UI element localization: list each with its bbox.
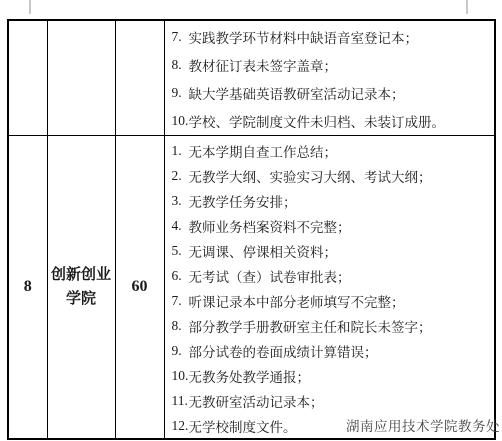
item-text: 学校、学院制度文件未归档、未装订成册。	[189, 111, 446, 131]
item-text: 无教研室活动记录本；	[189, 391, 324, 411]
page-margin-mark-left	[29, 0, 31, 14]
item-text: 无教务处教学通报；	[189, 366, 311, 386]
item-text: 教师业务档案资料不完整；	[189, 216, 351, 236]
item-number: 4.	[172, 218, 189, 234]
score-cell: 60	[115, 136, 164, 440]
item-number: 5.	[172, 243, 189, 259]
item-text: 无本学期自查工作总结；	[189, 141, 338, 161]
item-number: 2.	[172, 168, 189, 184]
item-text: 无调课、停课相关资料；	[189, 241, 338, 261]
item-number: 3.	[172, 193, 189, 209]
college-name-line1: 创新创业	[48, 263, 115, 287]
item-number: 9.	[172, 85, 189, 101]
item-text: 无学校制度文件。	[189, 416, 297, 436]
item-number: 10.	[172, 113, 189, 129]
seq-cell	[8, 20, 47, 136]
item-text: 部分教学手册教研室主任和院长未签字；	[189, 316, 432, 336]
list-item: 8. 部分教学手册教研室主任和院长未签字；	[172, 313, 491, 338]
item-text: 无教学大纲、实验实习大纲、考试大纲；	[189, 166, 432, 186]
list-item: 4. 教师业务档案资料不完整；	[172, 213, 491, 238]
list-item: 9. 部分试卷的卷面成绩计算错误；	[172, 338, 491, 363]
item-number: 1.	[172, 143, 189, 159]
list-item: 7. 听课记录本中部分老师填写不完整；	[172, 288, 491, 313]
item-text: 缺大学基础英语教研室活动记录本；	[189, 83, 405, 103]
list-item: 9. 缺大学基础英语教研室活动记录本；	[172, 79, 491, 107]
list-item: 6. 无考试（查）试卷审批表；	[172, 263, 491, 288]
item-number: 11.	[172, 393, 189, 409]
college-cell: 创新创业 学院	[47, 136, 115, 440]
list-item: 3. 无教学任务安排；	[172, 188, 491, 213]
item-text: 听课记录本中部分老师填写不完整；	[189, 291, 405, 311]
item-text: 教材征订表未签字盖章；	[189, 55, 338, 75]
watermark-text: 湖南应用技术学院教务处	[346, 415, 500, 435]
list-item: 7. 实践教学环节材料中缺语音室登记本；	[172, 23, 491, 51]
item-number: 10.	[172, 368, 189, 384]
college-cell	[47, 20, 115, 136]
item-number: 9.	[172, 343, 189, 359]
list-item: 2. 无教学大纲、实验实习大纲、考试大纲；	[172, 163, 491, 188]
item-number: 7.	[172, 29, 189, 45]
page-margin-mark-right	[466, 0, 468, 14]
list-item: 1. 无本学期自查工作总结；	[172, 138, 491, 163]
item-text: 部分试卷的卷面成绩计算错误；	[189, 341, 378, 361]
list-item: 11. 无教研室活动记录本；	[172, 388, 491, 413]
list-item: 10. 学校、学院制度文件未归档、未装订成册。	[172, 107, 491, 135]
item-number: 12.	[172, 418, 189, 434]
seq-cell: 8	[8, 136, 47, 440]
item-number: 6.	[172, 268, 189, 284]
issues-list: 7. 实践教学环节材料中缺语音室登记本； 8. 教材征订表未签字盖章； 9. 缺…	[165, 21, 495, 135]
item-text: 实践教学环节材料中缺语音室登记本；	[189, 27, 419, 47]
college-name-line2: 学院	[48, 287, 115, 311]
issues-cell: 7. 实践教学环节材料中缺语音室登记本； 8. 教材征订表未签字盖章； 9. 缺…	[164, 20, 495, 136]
item-text: 无教学任务安排；	[189, 191, 297, 211]
issues-cell: 1. 无本学期自查工作总结； 2. 无教学大纲、实验实习大纲、考试大纲； 3. …	[164, 136, 495, 440]
score-cell	[115, 20, 164, 136]
item-number: 7.	[172, 293, 189, 309]
list-item: 10. 无教务处教学通报；	[172, 363, 491, 388]
list-item: 5. 无调课、停课相关资料；	[172, 238, 491, 263]
item-number: 8.	[172, 57, 189, 73]
inspection-results-table: 7. 实践教学环节材料中缺语音室登记本； 8. 教材征订表未签字盖章； 9. 缺…	[7, 19, 496, 440]
table-row-college-8: 8 创新创业 学院 60 1. 无本学期自查工作总结； 2. 无教学大纲、实验	[8, 136, 495, 440]
item-text: 无考试（查）试卷审批表；	[189, 266, 351, 286]
list-item: 8. 教材征订表未签字盖章；	[172, 51, 491, 79]
item-number: 8.	[172, 318, 189, 334]
document-page: 7. 实践教学环节材料中缺语音室登记本； 8. 教材征订表未签字盖章； 9. 缺…	[0, 0, 502, 441]
table-row-continued: 7. 实践教学环节材料中缺语音室登记本； 8. 教材征订表未签字盖章； 9. 缺…	[8, 20, 495, 136]
issues-list: 1. 无本学期自查工作总结； 2. 无教学大纲、实验实习大纲、考试大纲； 3. …	[165, 136, 495, 438]
